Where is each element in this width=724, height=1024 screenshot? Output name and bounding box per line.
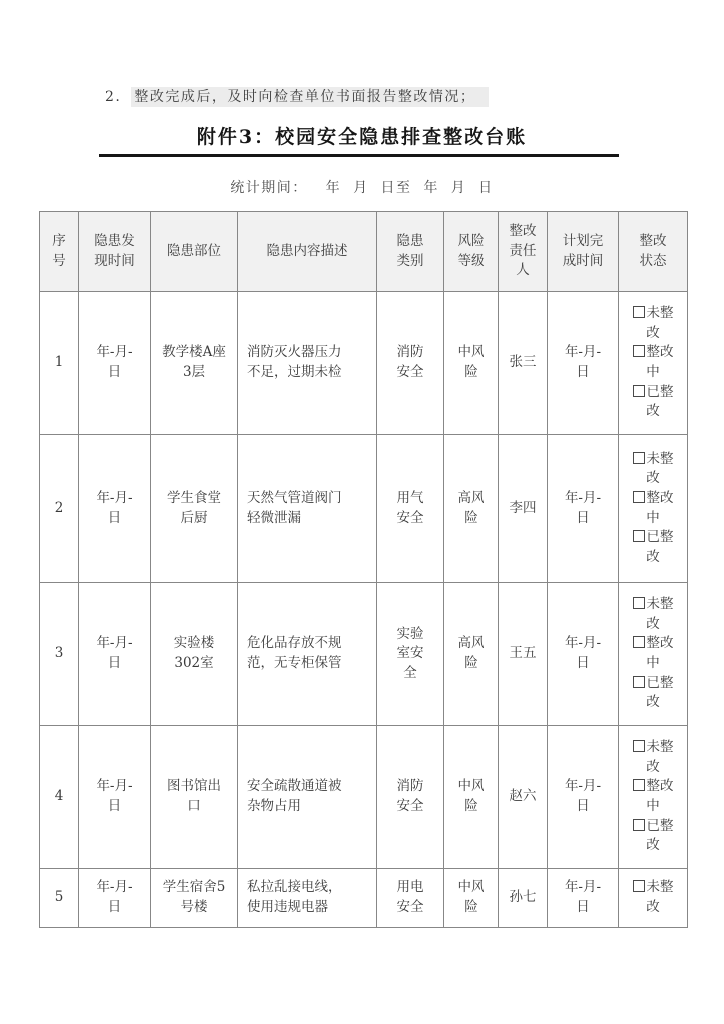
status-option: 未整改 <box>628 450 678 489</box>
cell-seq: 1 <box>40 292 79 435</box>
cell-responsible-text: 李四 <box>510 499 537 519</box>
status-option: 整改中 <box>628 343 678 382</box>
checkbox-unchecked-icon <box>633 636 645 648</box>
ledger-table: 序号 隐患发现时间 隐患部位 隐患内容描述 隐患类别 风险等级 整改责任人 计划… <box>39 211 688 928</box>
cell-description: 安全疏散通道被杂物占用 <box>238 726 377 869</box>
status-option-label: 未整改 <box>646 596 673 632</box>
cell-found-date: 年-月-日 <box>79 292 151 435</box>
note-number: 2. <box>105 89 121 105</box>
cell-responsible-text: 孙七 <box>510 888 537 908</box>
header-plan-date: 计划完成时间 <box>548 212 619 292</box>
cell-description-text: 安全疏散通道被杂物占用 <box>247 777 351 816</box>
cell-risk-level-text: 高风险 <box>452 634 490 673</box>
cell-seq-text: 1 <box>55 353 64 373</box>
checkbox-unchecked-icon <box>633 880 645 892</box>
cell-location: 教学楼A座3层 <box>151 292 238 435</box>
cell-category-text: 用气安全 <box>391 489 429 528</box>
cell-seq-text: 5 <box>55 888 64 908</box>
checkbox-unchecked-icon <box>633 306 645 318</box>
cell-seq: 3 <box>40 583 79 726</box>
status-option-label: 整改中 <box>646 635 673 671</box>
status-option: 整改中 <box>628 634 678 673</box>
cell-description-text: 消防灭火器压力不足，过期未检 <box>247 343 351 382</box>
status-option-label: 已整改 <box>646 675 673 711</box>
cell-seq: 5 <box>40 869 79 928</box>
cell-plan-date: 年-月-日 <box>548 435 619 583</box>
header-location: 隐患部位 <box>151 212 238 292</box>
cell-found-date-text: 年-月-日 <box>92 343 138 382</box>
cell-seq: 4 <box>40 726 79 869</box>
cell-risk-level: 中风险 <box>444 292 499 435</box>
status-option: 已整改 <box>628 528 678 567</box>
note-line: 2.整改完成后，及时向检查单位书面报告整改情况； <box>105 86 489 106</box>
checkbox-unchecked-icon <box>633 819 645 831</box>
cell-seq-text: 2 <box>55 499 64 519</box>
checkbox-unchecked-icon <box>633 779 645 791</box>
cell-description-text: 危化品存放不规范，无专柜保管 <box>247 634 351 673</box>
cell-responsible: 王五 <box>499 583 548 726</box>
cell-plan-date-text: 年-月-日 <box>560 878 606 917</box>
status-option-label: 整改中 <box>646 344 673 380</box>
cell-description-text: 私拉乱接电线，使用违规电器 <box>247 878 351 917</box>
cell-location-text: 学生食堂后厨 <box>162 489 226 528</box>
cell-found-date-text: 年-月-日 <box>92 634 138 673</box>
header-risk-level: 风险等级 <box>444 212 499 292</box>
document-page: 2.整改完成后，及时向检查单位书面报告整改情况； 附件3：校园安全隐患排查整改台… <box>0 0 724 1024</box>
status-option: 未整改 <box>628 304 678 343</box>
cell-found-date-text: 年-月-日 <box>92 878 138 917</box>
status-option-label: 已整改 <box>646 818 673 854</box>
checkbox-unchecked-icon <box>633 491 645 503</box>
cell-responsible: 孙七 <box>499 869 548 928</box>
status-option: 未整改 <box>628 878 678 917</box>
cell-location: 学生食堂后厨 <box>151 435 238 583</box>
checkbox-unchecked-icon <box>633 740 645 752</box>
status-option: 已整改 <box>628 674 678 713</box>
cell-location-text: 实验楼302室 <box>162 634 226 673</box>
cell-risk-level: 中风险 <box>444 726 499 869</box>
status-option: 已整改 <box>628 383 678 422</box>
status-option-label: 已整改 <box>646 529 673 565</box>
cell-risk-level: 中风险 <box>444 869 499 928</box>
status-option: 未整改 <box>628 595 678 634</box>
cell-found-date: 年-月-日 <box>79 869 151 928</box>
cell-plan-date: 年-月-日 <box>548 583 619 726</box>
cell-found-date: 年-月-日 <box>79 726 151 869</box>
cell-category: 用电安全 <box>377 869 444 928</box>
cell-category: 消防安全 <box>377 292 444 435</box>
cell-category-text: 消防安全 <box>391 777 429 816</box>
cell-status: 未整改整改中已整改 <box>619 726 688 869</box>
cell-found-date-text: 年-月-日 <box>92 777 138 816</box>
cell-risk-level: 高风险 <box>444 583 499 726</box>
cell-plan-date: 年-月-日 <box>548 726 619 869</box>
cell-description: 私拉乱接电线，使用违规电器 <box>238 869 377 928</box>
status-option-label: 未整改 <box>646 879 673 915</box>
cell-responsible-text: 张三 <box>510 353 537 373</box>
checkbox-unchecked-icon <box>633 676 645 688</box>
cell-plan-date-text: 年-月-日 <box>560 634 606 673</box>
checkbox-unchecked-icon <box>633 385 645 397</box>
cell-category-text: 实验室安全 <box>391 625 429 684</box>
cell-category-text: 用电安全 <box>391 878 429 917</box>
status-option-label: 未整改 <box>646 739 673 775</box>
cell-location-text: 教学楼A座3层 <box>162 343 226 382</box>
status-option: 未整改 <box>628 738 678 777</box>
cell-plan-date: 年-月-日 <box>548 869 619 928</box>
status-option-label: 整改中 <box>646 778 673 814</box>
title-underline <box>99 154 619 157</box>
cell-responsible-text: 赵六 <box>510 787 537 807</box>
cell-location-text: 图书馆出口 <box>162 777 226 816</box>
checkbox-unchecked-icon <box>633 530 645 542</box>
cell-risk-level-text: 高风险 <box>452 489 490 528</box>
cell-category: 实验室安全 <box>377 583 444 726</box>
cell-risk-level-text: 中风险 <box>452 777 490 816</box>
header-status: 整改状态 <box>619 212 688 292</box>
cell-status: 未整改整改中已整改 <box>619 583 688 726</box>
cell-seq: 2 <box>40 435 79 583</box>
cell-location: 实验楼302室 <box>151 583 238 726</box>
cell-category-text: 消防安全 <box>391 343 429 382</box>
header-description: 隐患内容描述 <box>238 212 377 292</box>
status-option-label: 整改中 <box>646 490 673 526</box>
table-row: 5年-月-日学生宿舍5号楼私拉乱接电线，使用违规电器用电安全中风险孙七年-月-日… <box>40 869 688 928</box>
table-row: 1年-月-日教学楼A座3层消防灭火器压力不足，过期未检消防安全中风险张三年-月-… <box>40 292 688 435</box>
cell-responsible: 李四 <box>499 435 548 583</box>
cell-seq-text: 4 <box>55 787 64 807</box>
cell-location-text: 学生宿舍5号楼 <box>162 878 226 917</box>
status-option-label: 未整改 <box>646 451 673 487</box>
status-option: 整改中 <box>628 777 678 816</box>
checkbox-unchecked-icon <box>633 345 645 357</box>
status-option-label: 未整改 <box>646 305 673 341</box>
cell-description: 消防灭火器压力不足，过期未检 <box>238 292 377 435</box>
cell-description-text: 天然气管道阀门轻微泄漏 <box>247 489 351 528</box>
cell-plan-date-text: 年-月-日 <box>560 489 606 528</box>
header-seq: 序号 <box>40 212 79 292</box>
cell-description: 天然气管道阀门轻微泄漏 <box>238 435 377 583</box>
cell-status: 未整改 <box>619 869 688 928</box>
status-option: 已整改 <box>628 817 678 856</box>
cell-category: 用气安全 <box>377 435 444 583</box>
cell-location: 学生宿舍5号楼 <box>151 869 238 928</box>
cell-status: 未整改整改中已整改 <box>619 292 688 435</box>
header-found-date: 隐患发现时间 <box>79 212 151 292</box>
period-line: 统计期间： 年 月 日至 年 月 日 <box>0 177 724 197</box>
cell-responsible: 赵六 <box>499 726 548 869</box>
checkbox-unchecked-icon <box>633 597 645 609</box>
cell-risk-level: 高风险 <box>444 435 499 583</box>
table-row: 2年-月-日学生食堂后厨天然气管道阀门轻微泄漏用气安全高风险李四年-月-日未整改… <box>40 435 688 583</box>
cell-found-date-text: 年-月-日 <box>92 489 138 528</box>
table-row: 4年-月-日图书馆出口安全疏散通道被杂物占用消防安全中风险赵六年-月-日未整改整… <box>40 726 688 869</box>
attachment-title: 附件3：校园安全隐患排查整改台账 <box>0 122 724 149</box>
cell-plan-date-text: 年-月-日 <box>560 343 606 382</box>
status-option: 整改中 <box>628 489 678 528</box>
cell-status: 未整改整改中已整改 <box>619 435 688 583</box>
cell-found-date: 年-月-日 <box>79 583 151 726</box>
header-category: 隐患类别 <box>377 212 444 292</box>
note-text: 整改完成后，及时向检查单位书面报告整改情况； <box>131 87 489 107</box>
cell-seq-text: 3 <box>55 644 64 664</box>
cell-risk-level-text: 中风险 <box>452 878 490 917</box>
header-responsible: 整改责任人 <box>499 212 548 292</box>
cell-found-date: 年-月-日 <box>79 435 151 583</box>
cell-description: 危化品存放不规范，无专柜保管 <box>238 583 377 726</box>
cell-location: 图书馆出口 <box>151 726 238 869</box>
cell-plan-date-text: 年-月-日 <box>560 777 606 816</box>
status-option-label: 已整改 <box>646 384 673 420</box>
cell-plan-date: 年-月-日 <box>548 292 619 435</box>
cell-category: 消防安全 <box>377 726 444 869</box>
table-row: 3年-月-日实验楼302室危化品存放不规范，无专柜保管实验室安全高风险王五年-月… <box>40 583 688 726</box>
cell-responsible-text: 王五 <box>510 644 537 664</box>
cell-risk-level-text: 中风险 <box>452 343 490 382</box>
cell-responsible: 张三 <box>499 292 548 435</box>
header-row: 序号 隐患发现时间 隐患部位 隐患内容描述 隐患类别 风险等级 整改责任人 计划… <box>40 212 688 292</box>
checkbox-unchecked-icon <box>633 452 645 464</box>
